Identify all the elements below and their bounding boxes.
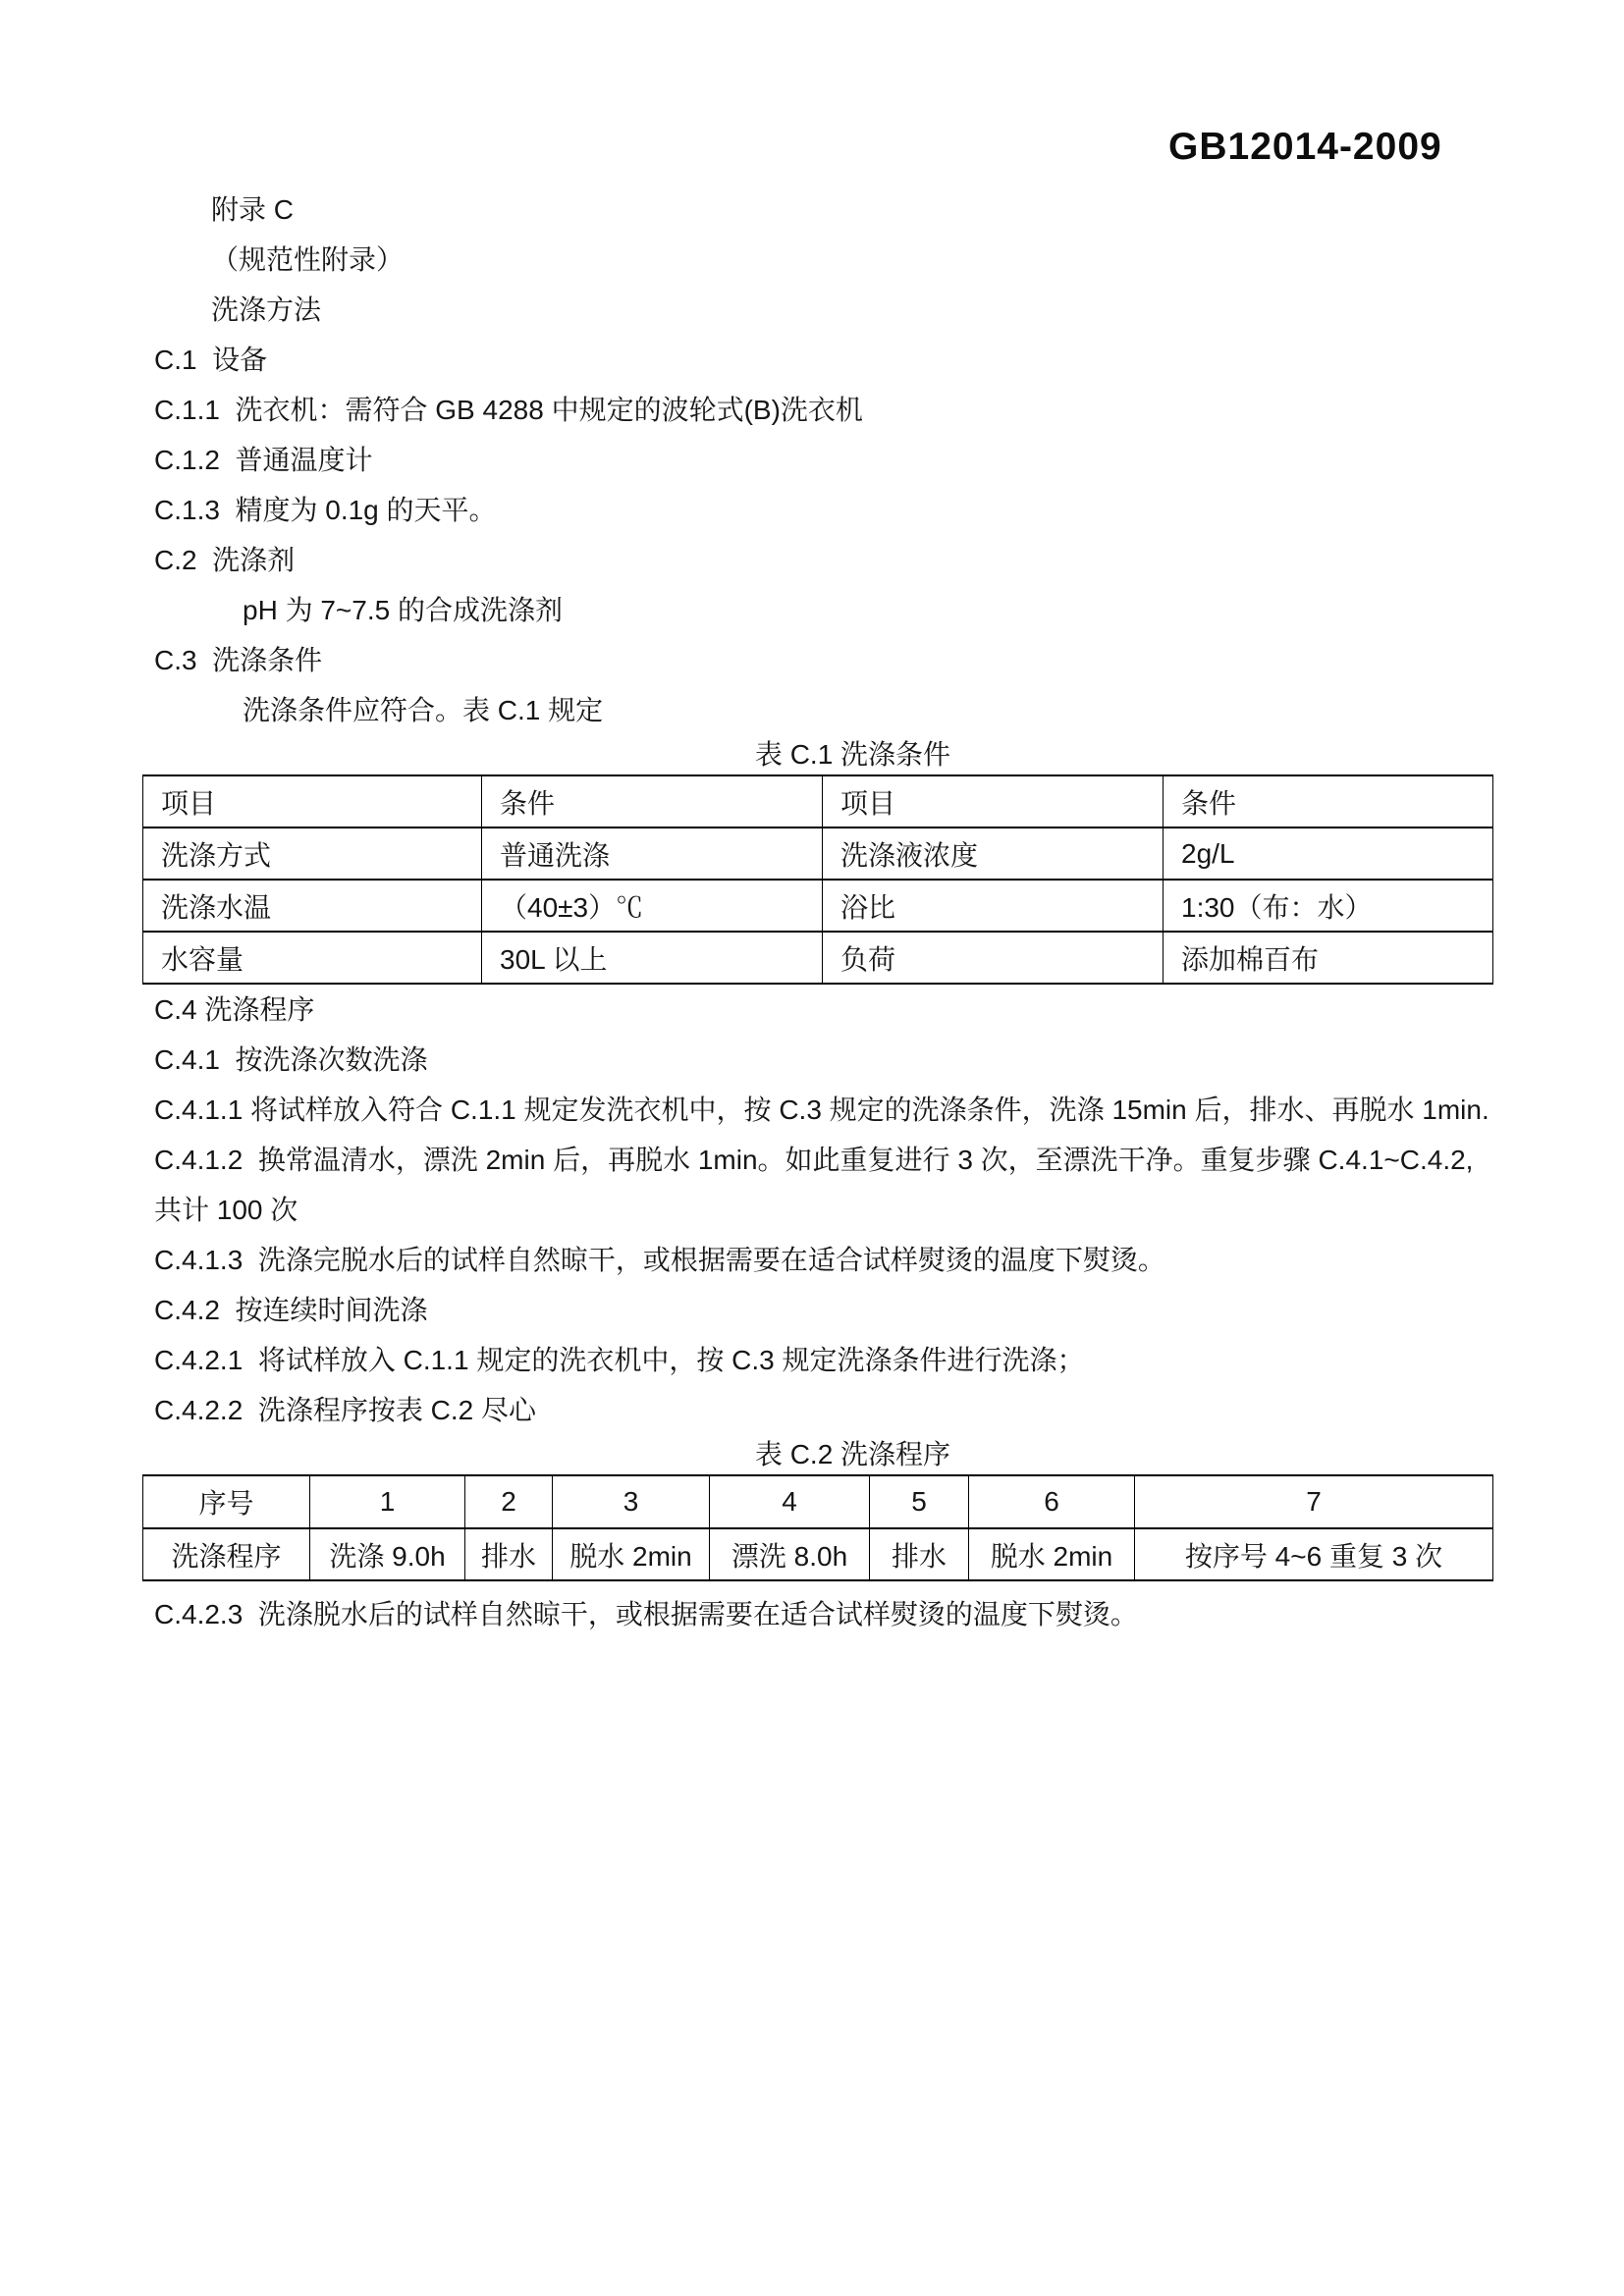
clause-c411: C.4.1.1 将试样放入符合 C.1.1 规定发洗衣机中，按 C.3 规定的洗… [154, 1085, 1492, 1135]
clause-c412: C.4.1.2 换常温清水，漂洗 2min 后，再脱水 1min。如此重复进行 … [154, 1135, 1492, 1185]
appendix-note: （规范性附录） [154, 235, 1492, 285]
table-cell: 洗涤液浓度 [823, 828, 1164, 880]
table-cell: 洗涤水温 [143, 880, 482, 932]
table-cell: 2 [465, 1475, 553, 1528]
table-cell: 3 [553, 1475, 710, 1528]
document-body: 附录 C （规范性附录） 洗涤方法 C.1 设备 C.1.1 洗衣机：需符合 G… [154, 185, 1492, 1639]
clause-c421: C.4.2.1 将试样放入 C.1.1 规定的洗衣机中，按 C.3 规定洗涤条件… [154, 1335, 1492, 1385]
clause-c4: C.4 洗涤程序 [154, 985, 1492, 1035]
table-cell: 1:30（布：水） [1164, 880, 1493, 932]
table-c2-caption: 表 C.2 洗涤程序 [142, 1435, 1492, 1474]
clause-c413: C.4.1.3 洗涤完脱水后的试样自然晾干，或根据需要在适合试样熨烫的温度下熨烫… [154, 1235, 1492, 1285]
appendix-label: 附录 C [154, 185, 1492, 235]
table-cell: 按序号 4~6 重复 3 次 [1135, 1528, 1493, 1580]
clause-c2: C.2 洗涤剂 [154, 535, 1492, 585]
table-c1-caption: 表 C.1 洗涤条件 [142, 735, 1492, 774]
table-c1-header-row: 项目 条件 项目 条件 [143, 775, 1493, 828]
table-cell: 30L 以上 [482, 932, 823, 984]
table-cell: 排水 [870, 1528, 969, 1580]
clause-c12: C.1.2 普通温度计 [154, 435, 1492, 485]
standard-number: GB12014-2009 [1168, 126, 1442, 169]
clause-c3-detail: 洗涤条件应符合。表 C.1 规定 [154, 685, 1492, 735]
table-c1: 项目 条件 项目 条件 洗涤方式 普通洗涤 洗涤液浓度 2g/L 洗涤水温 （4… [142, 774, 1493, 985]
clause-c3: C.3 洗涤条件 [154, 635, 1492, 685]
table-cell: 6 [969, 1475, 1135, 1528]
clause-c11: C.1.1 洗衣机：需符合 GB 4288 中规定的波轮式(B)洗衣机 [154, 385, 1492, 435]
table-c1-row: 水容量 30L 以上 负荷 添加棉百布 [143, 932, 1493, 984]
table-cell: 1 [310, 1475, 465, 1528]
table-c1-row: 洗涤水温 （40±3）℃ 浴比 1:30（布：水） [143, 880, 1493, 932]
table-cell: 浴比 [823, 880, 1164, 932]
clause-c422: C.4.2.2 洗涤程序按表 C.2 尽心 [154, 1385, 1492, 1435]
table-cell: 2g/L [1164, 828, 1493, 880]
table-cell: 7 [1135, 1475, 1493, 1528]
clause-c42: C.4.2 按连续时间洗涤 [154, 1285, 1492, 1335]
table-cell: 排水 [465, 1528, 553, 1580]
table-cell: 负荷 [823, 932, 1164, 984]
table-cell: 洗涤 9.0h [310, 1528, 465, 1580]
table-cell: 5 [870, 1475, 969, 1528]
table-cell: 普通洗涤 [482, 828, 823, 880]
table-cell: 漂洗 8.0h [710, 1528, 870, 1580]
table-cell: 添加棉百布 [1164, 932, 1493, 984]
table-cell: 条件 [482, 775, 823, 828]
table-cell: 项目 [823, 775, 1164, 828]
table-cell: 条件 [1164, 775, 1493, 828]
table-cell: 项目 [143, 775, 482, 828]
clause-c1: C.1 设备 [154, 335, 1492, 385]
table-cell: 洗涤程序 [143, 1528, 310, 1580]
clause-c13: C.1.3 精度为 0.1g 的天平。 [154, 485, 1492, 535]
clause-c423: C.4.2.3 洗涤脱水后的试样自然晾干，或根据需要在适合试样熨烫的温度下熨烫。 [154, 1589, 1492, 1639]
clause-c2-detail: pH 为 7~7.5 的合成洗涤剂 [154, 585, 1492, 635]
table-cell: 洗涤方式 [143, 828, 482, 880]
table-c2-header-row: 序号 1 2 3 4 5 6 7 [143, 1475, 1493, 1528]
table-c1-row: 洗涤方式 普通洗涤 洗涤液浓度 2g/L [143, 828, 1493, 880]
clause-c41: C.4.1 按洗涤次数洗涤 [154, 1035, 1492, 1085]
table-cell: 脱水 2min [969, 1528, 1135, 1580]
clause-c412-continued: 共计 100 次 [154, 1185, 1492, 1235]
table-c2-row: 洗涤程序 洗涤 9.0h 排水 脱水 2min 漂洗 8.0h 排水 脱水 2m… [143, 1528, 1493, 1580]
table-cell: 脱水 2min [553, 1528, 710, 1580]
table-cell: 4 [710, 1475, 870, 1528]
appendix-title: 洗涤方法 [154, 285, 1492, 335]
table-cell: （40±3）℃ [482, 880, 823, 932]
table-cell: 序号 [143, 1475, 310, 1528]
table-c2: 序号 1 2 3 4 5 6 7 洗涤程序 洗涤 9.0h 排水 脱水 2min… [142, 1474, 1493, 1581]
document-page: GB12014-2009 附录 C （规范性附录） 洗涤方法 C.1 设备 C.… [0, 0, 1624, 2296]
table-cell: 水容量 [143, 932, 482, 984]
